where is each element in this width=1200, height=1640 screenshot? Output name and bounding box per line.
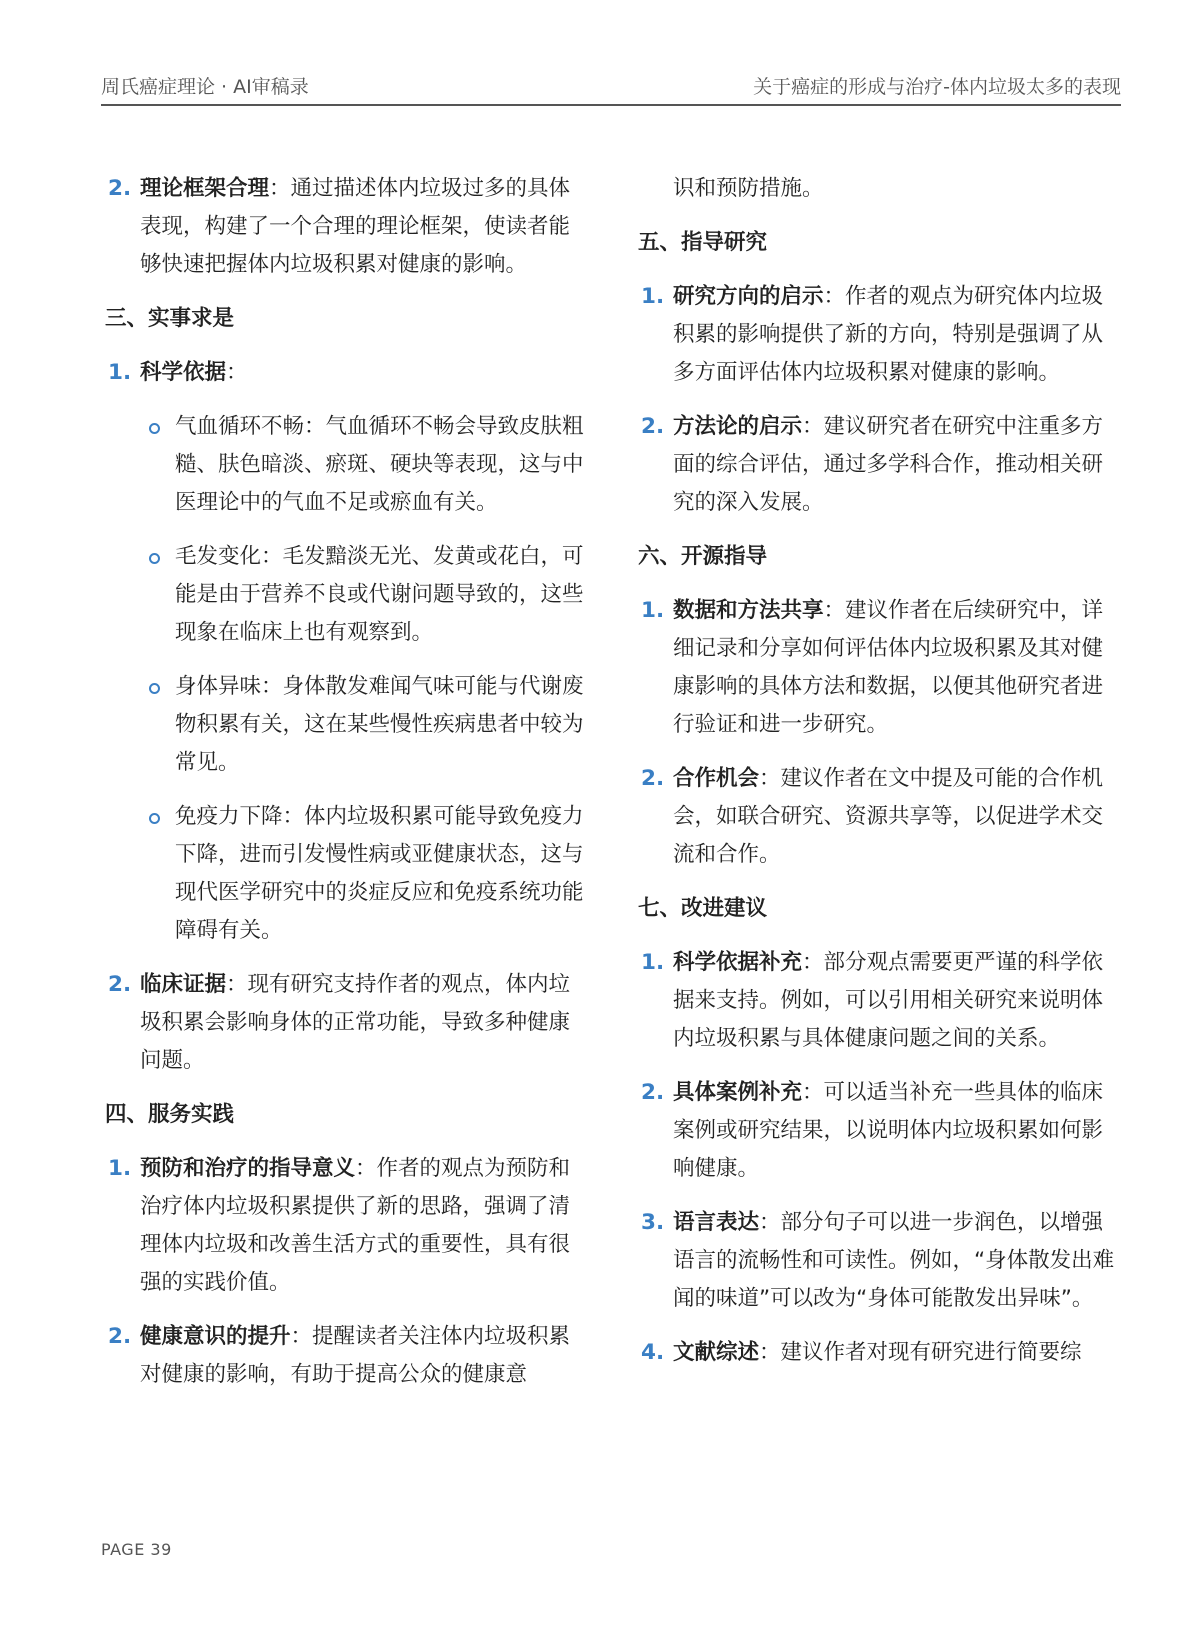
item-number: 2. bbox=[108, 966, 131, 1004]
list-item: 1.科学依据补充：部分观点需要更严谨的科学依据来支持。例如，可以引用相关研究来说… bbox=[638, 944, 1120, 1058]
item-title: 语言表达 bbox=[673, 1210, 759, 1235]
section-heading: 七、改进建议 bbox=[638, 890, 1120, 928]
item-title: 数据和方法共享 bbox=[673, 598, 824, 623]
item-title: 文献综述 bbox=[673, 1340, 759, 1365]
item-title: 科学依据 bbox=[140, 360, 226, 385]
item-title: 具体案例补充 bbox=[673, 1080, 802, 1105]
section-heading: 三、实事求是 bbox=[105, 300, 585, 338]
left-column: 2.理论框架合理：通过描述体内垃圾过多的具体表现，构建了一个合理的理论框架，使读… bbox=[105, 170, 585, 1410]
item-title: 健康意识的提升 bbox=[140, 1324, 291, 1349]
bullet-circle-icon bbox=[149, 813, 160, 824]
list-item: 2.健康意识的提升：提醒读者关注体内垃圾积累对健康的影响，有助于提高公众的健康意 bbox=[105, 1318, 585, 1394]
list-item: 1.研究方向的启示：作者的观点为研究体内垃圾积累的影响提供了新的方向，特别是强调… bbox=[638, 278, 1120, 392]
item-title: 理论框架合理 bbox=[140, 176, 269, 201]
item-text: ：建议作者对现有研究进行简要综 bbox=[759, 1340, 1082, 1365]
item-title: 毛发变化 bbox=[175, 544, 261, 569]
bullet-circle-icon bbox=[149, 423, 160, 434]
item-number: 1. bbox=[641, 592, 664, 630]
item-title: 身体异味 bbox=[175, 674, 261, 699]
item-title: 科学依据补充 bbox=[673, 950, 802, 975]
item-number: 2. bbox=[641, 408, 664, 446]
list-item: 1.数据和方法共享：建议作者在后续研究中，详细记录和分享如何评估体内垃圾积累及其… bbox=[638, 592, 1120, 744]
section-heading: 四、服务实践 bbox=[105, 1096, 585, 1134]
item-number: 2. bbox=[641, 760, 664, 798]
book-title: 周氏癌症理论 · AI审稿录 bbox=[101, 72, 309, 99]
list-item: 2.合作机会：建议作者在文中提及可能的合作机会，如联合研究、资源共享等，以促进学… bbox=[638, 760, 1120, 874]
item-title: 免疫力下降 bbox=[175, 804, 283, 829]
page-number: PAGE 39 bbox=[101, 1540, 172, 1559]
item-title: 预防和治疗的指导意义 bbox=[140, 1156, 355, 1181]
bullet-circle-icon bbox=[149, 683, 160, 694]
list-item: 1.科学依据： bbox=[105, 354, 585, 392]
item-number: 1. bbox=[108, 354, 131, 392]
sub-list-item: 气血循环不畅：气血循环不畅会导致皮肤粗糙、肤色暗淡、瘀斑、硬块等表现，这与中医理… bbox=[105, 408, 585, 522]
item-number: 2. bbox=[108, 170, 131, 208]
item-title: 合作机会 bbox=[673, 766, 759, 791]
section-heading: 五、指导研究 bbox=[638, 224, 1120, 262]
section-heading: 六、开源指导 bbox=[638, 538, 1120, 576]
list-item: 2.方法论的启示：建议研究者在研究中注重多方面的综合评估，通过多学科合作，推动相… bbox=[638, 408, 1120, 522]
sub-list-item: 免疫力下降：体内垃圾积累可能导致免疫力下降，进而引发慢性病或亚健康状态，这与现代… bbox=[105, 798, 585, 950]
list-item: 4.文献综述：建议作者对现有研究进行简要综 bbox=[638, 1334, 1120, 1372]
list-item: 1.预防和治疗的指导意义：作者的观点为预防和治疗体内垃圾积累提供了新的思路，强调… bbox=[105, 1150, 585, 1302]
item-number: 1. bbox=[641, 944, 664, 982]
item-number: 2. bbox=[641, 1074, 664, 1112]
item-number: 4. bbox=[641, 1334, 664, 1372]
list-item: 2.理论框架合理：通过描述体内垃圾过多的具体表现，构建了一个合理的理论框架，使读… bbox=[105, 170, 585, 284]
sub-list-item: 身体异味：身体散发难闻气味可能与代谢废物积累有关，这在某些慢性疾病患者中较为常见… bbox=[105, 668, 585, 782]
sub-list-item: 毛发变化：毛发黯淡无光、发黄或花白，可能是由于营养不良或代谢问题导致的，这些现象… bbox=[105, 538, 585, 652]
item-title: 临床证据 bbox=[140, 972, 226, 997]
item-title: 方法论的启示 bbox=[673, 414, 802, 439]
right-column: 识和预防措施。 五、指导研究 1.研究方向的启示：作者的观点为研究体内垃圾积累的… bbox=[638, 170, 1120, 1388]
item-number: 2. bbox=[108, 1318, 131, 1356]
item-title: 研究方向的启示 bbox=[673, 284, 824, 309]
chapter-title: 关于癌症的形成与治疗-体内垃圾太多的表现 bbox=[753, 72, 1121, 99]
continued-text: 识和预防措施。 bbox=[638, 170, 1120, 208]
page-header: 周氏癌症理论 · AI审稿录 关于癌症的形成与治疗-体内垃圾太多的表现 bbox=[101, 68, 1121, 106]
bullet-circle-icon bbox=[149, 553, 160, 564]
item-title: 气血循环不畅 bbox=[175, 414, 304, 439]
list-item: 3.语言表达：部分句子可以进一步润色，以增强语言的流畅性和可读性。例如，“身体散… bbox=[638, 1204, 1120, 1318]
item-number: 1. bbox=[641, 278, 664, 316]
list-item: 2.临床证据：现有研究支持作者的观点，体内垃圾积累会影响身体的正常功能，导致多种… bbox=[105, 966, 585, 1080]
item-text: ： bbox=[226, 360, 248, 385]
item-number: 1. bbox=[108, 1150, 131, 1188]
list-item: 2.具体案例补充：可以适当补充一些具体的临床案例或研究结果，以说明体内垃圾积累如… bbox=[638, 1074, 1120, 1188]
item-number: 3. bbox=[641, 1204, 664, 1242]
